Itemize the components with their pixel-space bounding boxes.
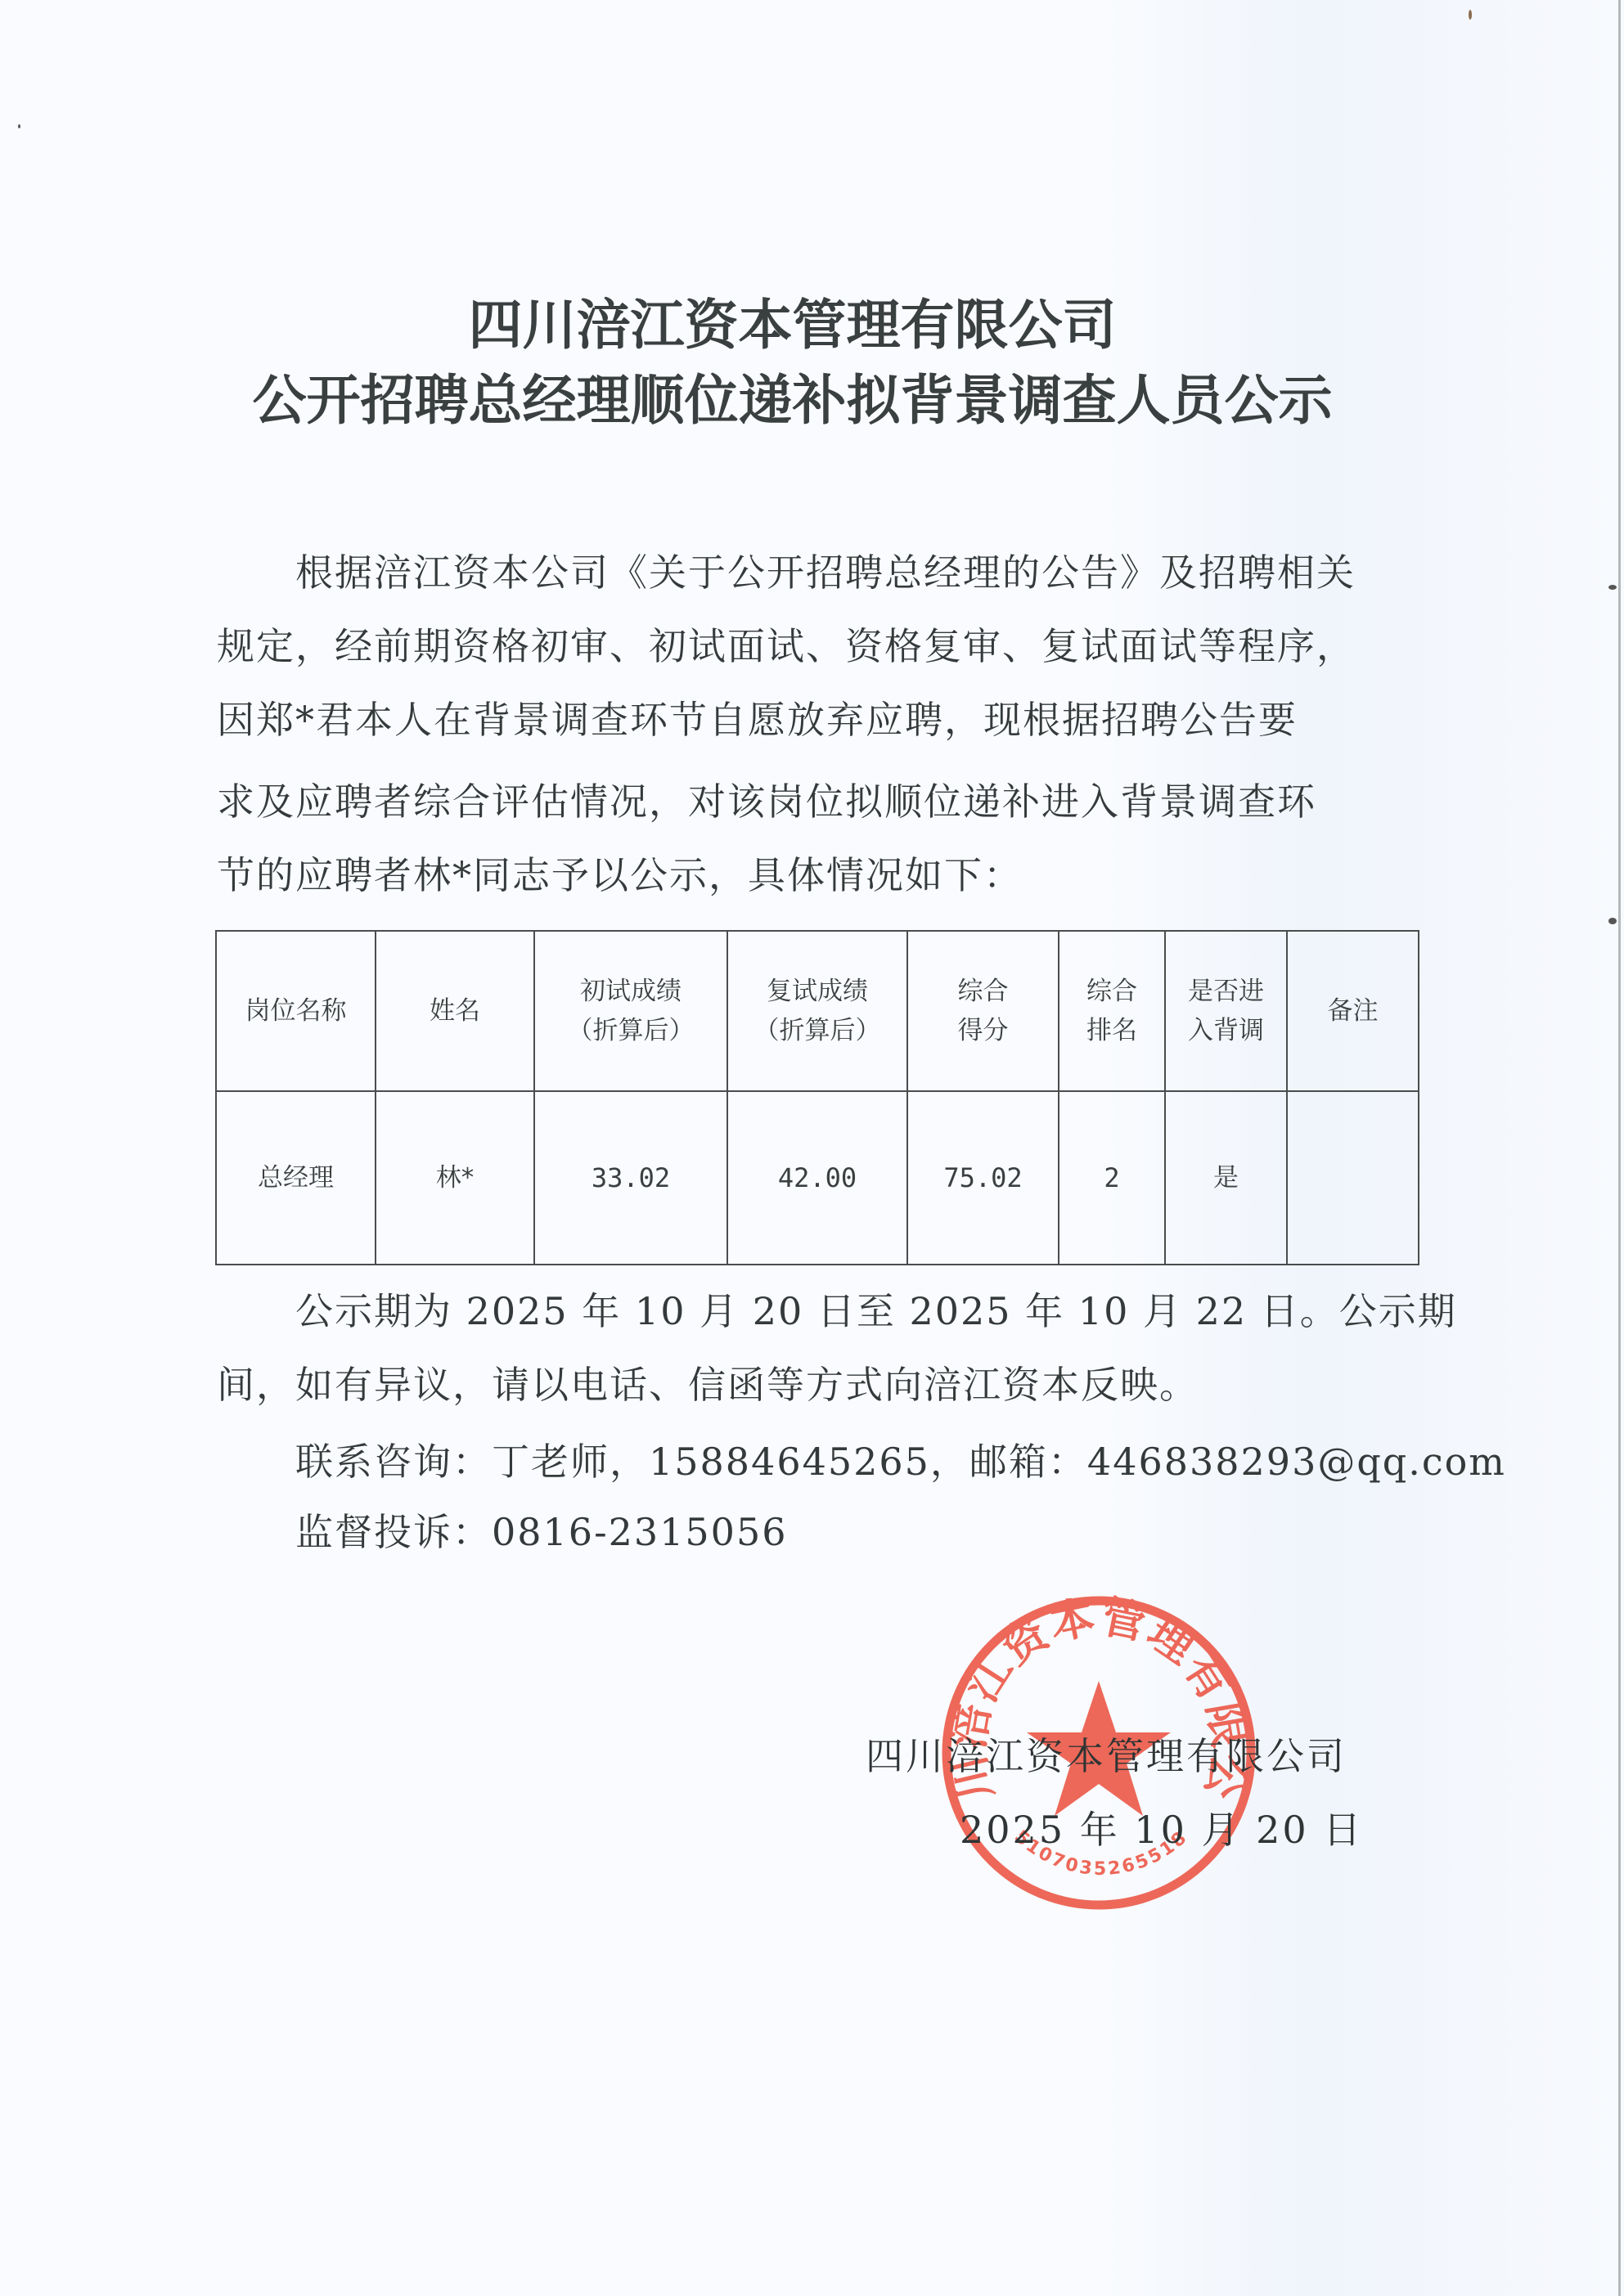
cell-total-score: 75.02	[907, 1091, 1059, 1265]
closing-line-1: 公示期为 2025 年 10 月 20 日至 2025 年 10 月 22 日。…	[217, 1288, 1424, 1334]
intro-line-1: 根据涪江资本公司《关于公开招聘总经理的公告》及招聘相关	[217, 550, 1424, 595]
scan-speck	[1608, 585, 1617, 590]
header-total-score: 综合得分	[907, 931, 1059, 1091]
intro-line-2: 规定，经前期资格初审、初试面试、资格复审、复试面试等程序，	[217, 623, 1424, 669]
intro-line-3: 因郑*君本人在背景调查环节自愿放弃应聘，现根据招聘公告要	[217, 697, 1424, 743]
table-header-row: 岗位名称 姓名 初试成绩（折算后） 复试成绩（折算后） 综合得分 综合排名 是否…	[216, 931, 1419, 1091]
cell-background-check: 是	[1165, 1091, 1287, 1265]
scan-speck	[1469, 10, 1472, 20]
contact-line: 联系咨询：丁老师，15884645265，邮箱：446838293@qq.com	[217, 1439, 1424, 1485]
cell-name: 林*	[376, 1091, 534, 1265]
signature-date: 2025 年 10 月 20 日	[960, 1807, 1363, 1853]
header-remarks: 备注	[1287, 931, 1419, 1091]
cell-remarks	[1287, 1091, 1419, 1265]
table-row: 总经理 林* 33.02 42.00 75.02 2 是	[216, 1091, 1419, 1265]
intro-line-4: 求及应聘者综合评估情况，对该岗位拟顺位递补进入背景调查环	[217, 779, 1424, 824]
scan-speck	[18, 124, 20, 128]
header-initial-score: 初试成绩（折算后）	[534, 931, 727, 1091]
cell-second-score: 42.00	[727, 1091, 907, 1265]
header-position: 岗位名称	[216, 931, 376, 1091]
header-second-score: 复试成绩（折算后）	[727, 931, 907, 1091]
complaint-line: 监督投诉：0816-2315056	[217, 1509, 1424, 1555]
header-background-check: 是否进入背调	[1165, 931, 1287, 1091]
candidate-score-table: 岗位名称 姓名 初试成绩（折算后） 复试成绩（折算后） 综合得分 综合排名 是否…	[215, 930, 1419, 1265]
cell-initial-score: 33.02	[534, 1091, 727, 1265]
header-rank: 综合排名	[1059, 931, 1165, 1091]
cell-rank: 2	[1059, 1091, 1165, 1265]
signature-organization: 四川涪江资本管理有限公司	[866, 1733, 1347, 1779]
document-title-line1: 四川涪江资本管理有限公司	[0, 293, 1604, 358]
scan-speck	[1608, 918, 1617, 924]
closing-line-2: 间，如有异议，请以电话、信函等方式向涪江资本反映。	[217, 1362, 1424, 1408]
header-name: 姓名	[376, 931, 534, 1091]
intro-line-5: 节的应聘者林*同志予以公示，具体情况如下：	[217, 852, 1424, 898]
document-title-line2: 公开招聘总经理顺位递补拟背景调查人员公示	[0, 368, 1604, 434]
cell-position: 总经理	[216, 1091, 376, 1265]
page-edge	[1618, 0, 1621, 2296]
